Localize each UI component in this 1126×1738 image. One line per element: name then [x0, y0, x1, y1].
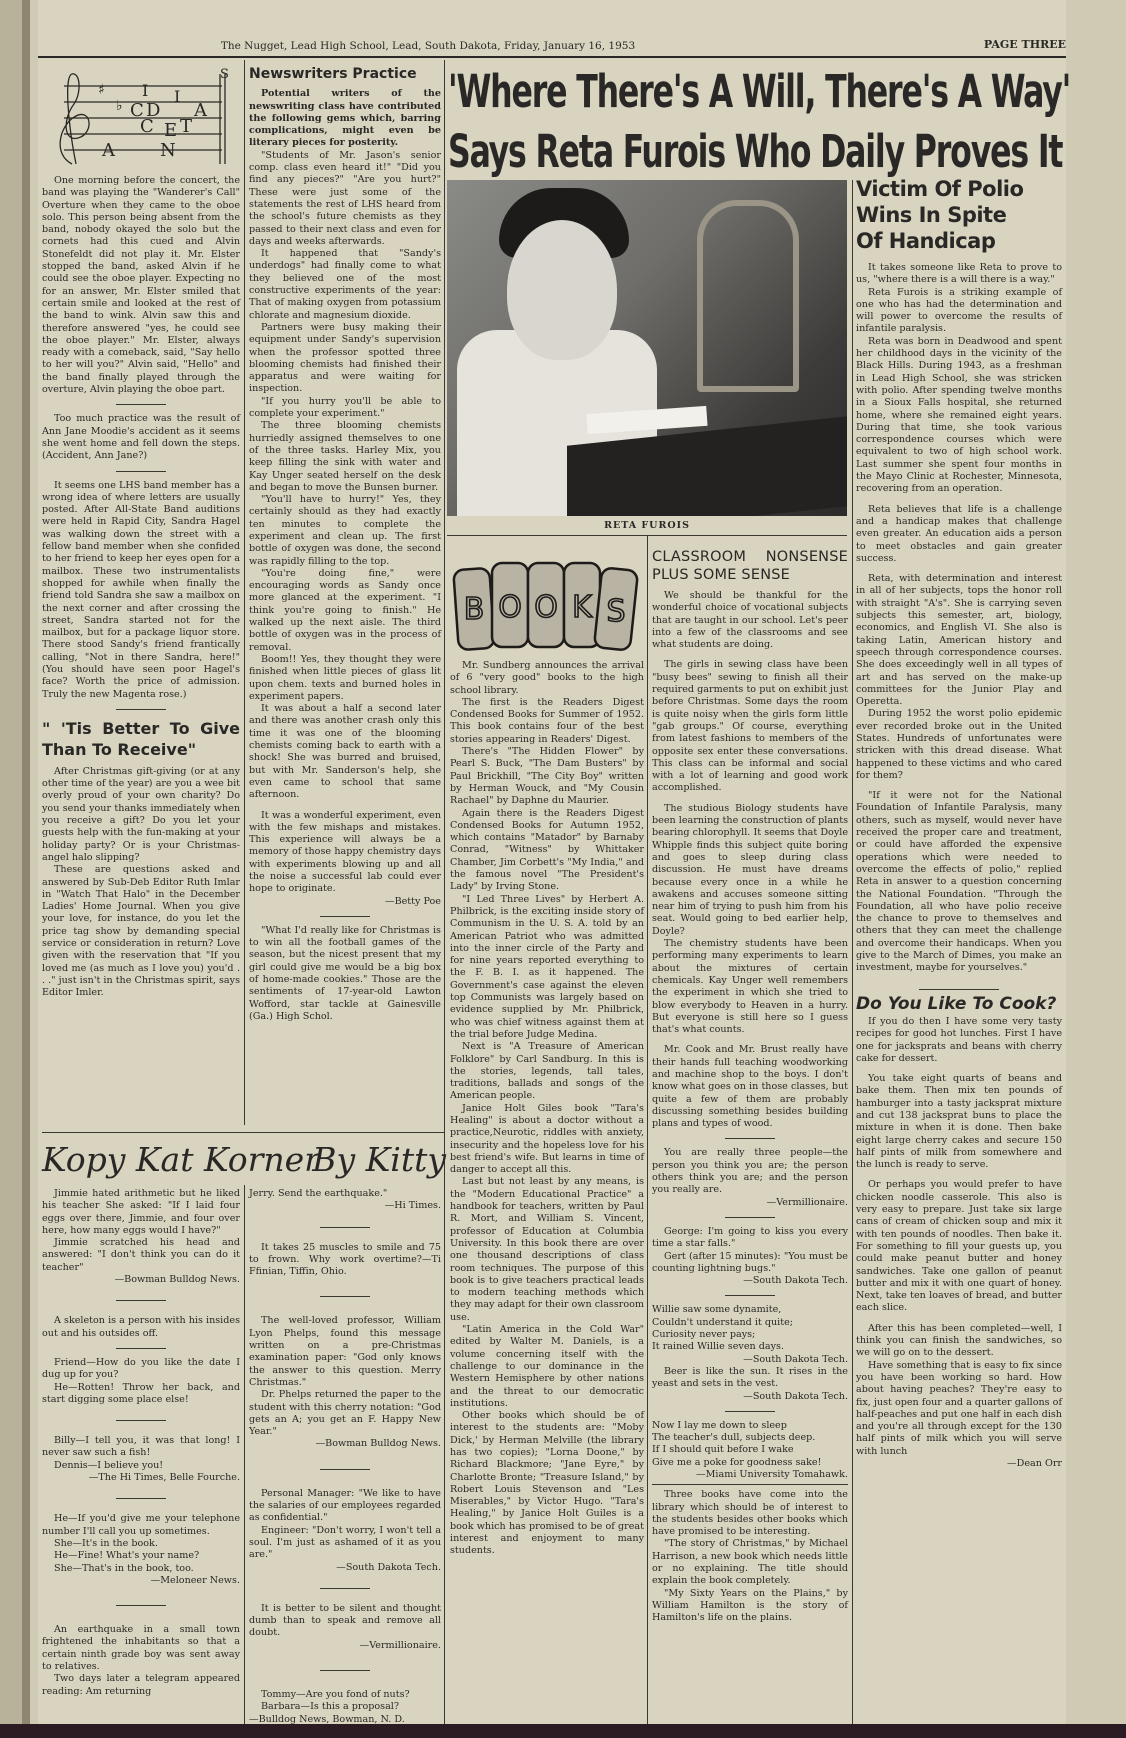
separator	[116, 1605, 166, 1606]
figure-head	[507, 220, 617, 360]
cook-paragraph: You take eight quarts of beans and bake …	[856, 1073, 1062, 1171]
kopy-kat-column-1: Jimmie hated arithmetic but he liked his…	[42, 1188, 240, 1698]
joke-line: Barbara—Is this a proposal?	[249, 1701, 441, 1713]
joke-line: Billy—I tell you, it was that long! I ne…	[42, 1435, 240, 1460]
joke-line: It takes 25 muscles to smile and 75 to f…	[249, 1242, 441, 1279]
reta-paragraph: Reta was born in Deadwood and spent her …	[856, 336, 1062, 496]
folio-line: The Nugget, Lead High School, Lead, Sout…	[38, 36, 1066, 56]
joke-line: Personal Manager: "We like to have the s…	[249, 1488, 441, 1525]
sleep-poem: Now I lay me down to sleep The teacher's…	[652, 1420, 848, 1469]
tis-better-paragraph: These are questions asked and answered b…	[42, 864, 240, 999]
joke-source: —The Hi Times, Belle Fourche.	[42, 1472, 240, 1484]
svg-text:S: S	[220, 67, 229, 82]
joke-source: —Hi Times.	[249, 1200, 441, 1212]
reta-paragraph: During 1952 the worst polio epidemic eve…	[856, 708, 1062, 782]
joke-line: He—Rotten! Throw her back, and start dig…	[42, 1382, 240, 1407]
reta-story-column: It takes someone like Reta to prove to u…	[856, 262, 1062, 1470]
svg-text:S: S	[606, 594, 625, 629]
filler-source: —South Dakota Tech.	[652, 1354, 848, 1366]
books-paragraph: Janice Holt Giles book "Tara's Healing" …	[450, 1103, 644, 1177]
filler-quote: Beer is like the sun. It rises in the ye…	[652, 1366, 848, 1391]
reta-paragraph: "If it were not for the National Foundat…	[856, 790, 1062, 974]
chair-shape	[697, 200, 799, 392]
newswriters-paragraph: It happened that "Sandy's underdogs" had…	[249, 248, 441, 322]
svg-text:T: T	[180, 116, 192, 137]
svg-text:E: E	[164, 120, 177, 141]
separator	[320, 1588, 370, 1589]
joke-line: Engineer: "Don't worry, I won't tell a s…	[249, 1525, 441, 1562]
classroom-paragraph: Mr. Cook and Mr. Brust really have their…	[652, 1044, 848, 1130]
reta-paragraph: Reta Furois is a striking example of one…	[856, 287, 1062, 336]
filler-source: —Vermillionaire.	[652, 1197, 848, 1209]
separator	[725, 1295, 775, 1296]
band-notes-paragraph: It seems one LHS band member has a wrong…	[42, 480, 240, 701]
joke-line: Jimmie scratched his head and answered: …	[42, 1237, 240, 1274]
books-paragraph: "I Led Three Lives" by Herbert A. Philbr…	[450, 894, 644, 1042]
cook-paragraph: If you do then I have some very tasty re…	[856, 1016, 1062, 1065]
separator	[116, 1300, 166, 1301]
joke-source: —Bowman Bulldog News.	[42, 1274, 240, 1286]
bottom-edge	[0, 1724, 1126, 1738]
section-rule	[652, 1484, 848, 1485]
poem-line: Give me a poke for goodness sake!	[652, 1457, 848, 1469]
separator	[725, 1217, 775, 1218]
joke-line: She—It's in the book.	[42, 1538, 240, 1550]
joke-source: —South Dakota Tech.	[249, 1562, 441, 1574]
column-rule	[244, 60, 245, 1125]
joke-line: Friend—How do you like the date I dug up…	[42, 1357, 240, 1382]
separator	[320, 1670, 370, 1671]
newswriters-signature: —Betty Poe	[249, 896, 441, 908]
binding-edge	[0, 0, 30, 1738]
banner-line-1: 'Where There's A Will, There's A Way'	[448, 62, 930, 122]
reta-paragraph: It takes someone like Reta to prove to u…	[856, 262, 1062, 287]
joke-line: An earthquake in a small town frightened…	[42, 1624, 240, 1673]
separator	[116, 709, 166, 710]
poem-line: Willie saw some dynamite,	[652, 1304, 848, 1316]
separator	[320, 1296, 370, 1297]
reta-paragraph: Reta, with determination and interest in…	[856, 573, 1062, 708]
photo-caption: RETA FUROIS	[447, 520, 847, 531]
books-paragraph: Mr. Sundberg announces the arrival of 6 …	[450, 660, 644, 697]
header-rule	[38, 56, 1066, 58]
joke-line: Jimmie hated arithmetic but he liked his…	[42, 1188, 240, 1237]
separator	[320, 916, 370, 917]
filler-quote: Gert (after 15 minutes): "You must be co…	[652, 1251, 848, 1276]
joke-line: Dr. Phelps returned the paper to the stu…	[249, 1389, 441, 1438]
joke-line: Dennis—I believe you!	[42, 1460, 240, 1472]
books-paragraph: "Latin America in the Cold War" edited b…	[450, 1324, 644, 1410]
headline-line: Wins In Spite	[856, 202, 1023, 228]
tis-better-headline: " 'Tis Better To Give Than To Receive"	[42, 718, 240, 760]
poem-line: Now I lay me down to sleep	[652, 1420, 848, 1432]
svg-text:C: C	[140, 116, 154, 137]
poem-line: If I should quit before I wake	[652, 1444, 848, 1456]
newswriters-column: Newswriters Practice Potential writers o…	[249, 66, 441, 1023]
svg-text:A: A	[101, 140, 116, 161]
books-column: Mr. Sundberg announces the arrival of 6 …	[450, 660, 644, 1558]
svg-text:B: B	[464, 592, 485, 627]
cook-paragraph: Have something that is easy to fix since…	[856, 1360, 1062, 1458]
three-books-paragraph: "The story of Christmas," by Michael Har…	[652, 1538, 848, 1587]
three-books-paragraph: Three books have come into the library w…	[652, 1489, 848, 1538]
books-paragraph: There's "The Hidden Flower" by Pearl S. …	[450, 746, 644, 807]
separator	[116, 1348, 166, 1349]
svg-text:I: I	[174, 87, 180, 106]
reta-furois-photo	[447, 180, 847, 516]
folio-header: The Nugget, Lead High School, Lead, Sout…	[38, 40, 818, 52]
newswriters-paragraph: The three blooming chemists hurriedly as…	[249, 420, 441, 494]
filler-source: —South Dakota Tech.	[652, 1275, 848, 1287]
band-notes-column: One morning before the concert, the band…	[42, 175, 240, 1000]
joke-line: A skeleton is a person with his insides …	[42, 1315, 240, 1340]
joke-source: —Meloneer News.	[42, 1575, 240, 1587]
joke-line: Two days later a telegram appeared readi…	[42, 1673, 240, 1698]
books-paragraph: Other books which should be of interest …	[450, 1410, 644, 1558]
books-paragraph: The first is the Readers Digest Condense…	[450, 697, 644, 746]
separator	[116, 1498, 166, 1499]
joke-line: The well-loved professor, William Lyon P…	[249, 1315, 441, 1389]
separator	[320, 1469, 370, 1470]
column-rule	[647, 535, 648, 1725]
column-rule	[244, 1185, 245, 1725]
kopy-kat-column-2: Jerry. Send the earthquake." —Hi Times. …	[249, 1188, 441, 1726]
svg-text:I: I	[142, 81, 148, 100]
newswriters-paragraph: Boom!! Yes, they thought they were finis…	[249, 654, 441, 703]
classroom-paragraph: The girls in sewing class have been "bus…	[652, 659, 848, 794]
reta-story-headline: Victim Of Polio Wins In Spite Of Handica…	[856, 176, 1023, 254]
newswriters-paragraph: "If you hurry you'll be able to complete…	[249, 396, 441, 421]
cook-paragraph: After this has been completed—well, I th…	[856, 1323, 1062, 1360]
joke-line: He—If you'd give me your telephone numbe…	[42, 1513, 240, 1538]
svg-text:♯: ♯	[98, 82, 105, 98]
joke-line: Jerry. Send the earthquake."	[249, 1188, 441, 1200]
filler-source: —South Dakota Tech.	[652, 1391, 848, 1403]
band-notes-paragraph: Too much practice was the result of Ann …	[42, 413, 240, 462]
svg-text:K: K	[572, 590, 593, 625]
classroom-headline: CLASSROOM NONSENSE PLUS SOME SENSE	[652, 548, 848, 584]
page-number: PAGE THREE	[984, 38, 1066, 51]
newswriters-paragraph: It was a wonderful experiment, even with…	[249, 810, 441, 896]
filler-source: —Miami University Tomahawk.	[652, 1469, 848, 1481]
separator	[116, 404, 166, 405]
svg-text:A: A	[193, 100, 208, 121]
headline-line: Of Handicap	[856, 228, 1023, 254]
joke-line: She—That's in the book, too.	[42, 1563, 240, 1575]
poem-line: The teacher's dull, subjects deep.	[652, 1432, 848, 1444]
newswriters-paragraph: "Students of Mr. Jason's senior comp. cl…	[249, 150, 441, 248]
binding-strip	[22, 0, 30, 1738]
headline-line: Victim Of Polio	[856, 176, 1023, 202]
joke-line: He—Fine! What's your name?	[42, 1550, 240, 1562]
classroom-paragraph: The chemistry students have been perform…	[652, 938, 848, 1036]
kopy-kat-title: Kopy Kat Korner	[42, 1140, 320, 1179]
column-rule	[444, 60, 445, 1725]
filler-quote: George: I'm going to kiss you every time…	[652, 1226, 848, 1251]
joke-source: —Bowman Bulldog News.	[249, 1438, 441, 1450]
svg-text:♭: ♭	[116, 98, 123, 114]
column-rule	[852, 180, 853, 1725]
classroom-paragraph: The studious Biology students have been …	[652, 803, 848, 938]
cook-signature: —Dean Orr	[856, 1458, 1062, 1470]
separator	[116, 1420, 166, 1421]
christmas-wish-item: "What I'd really like for Christmas is t…	[249, 925, 441, 1023]
books-paragraph: Next is "A Treasure of American Folklore…	[450, 1041, 644, 1102]
joke-line: Tommy—Are you fond of nuts?	[249, 1689, 441, 1701]
newswriters-intro: Potential writers of the newswriting cla…	[249, 88, 441, 149]
classroom-paragraph: We should be thankful for the wonderful …	[652, 590, 848, 651]
three-books-paragraph: "My Sixty Years on the Plains," by Willi…	[652, 1588, 848, 1625]
svg-text:O: O	[498, 590, 522, 625]
classroom-column: CLASSROOM NONSENSE PLUS SOME SENSE We sh…	[652, 548, 848, 1625]
kopy-kat-header: Kopy Kat Korner By Kitty	[42, 1140, 446, 1180]
band-notes-paragraph: One morning before the concert, the band…	[42, 175, 240, 396]
tis-better-paragraph: After Christmas gift-giving (or at any o…	[42, 766, 240, 864]
books-logo: BOOKS	[450, 555, 640, 655]
newswriters-paragraph: "You'll have to hurry!" Yes, they certai…	[249, 494, 441, 568]
filler-quote: You are really three people—the person y…	[652, 1147, 848, 1196]
books-paragraph: Again there is the Readers Digest Conden…	[450, 808, 644, 894]
separator	[725, 1138, 775, 1139]
music-staff-logo: S ♯♭ CDA CET AN II	[42, 64, 242, 172]
separator	[919, 989, 999, 990]
cook-headline: Do You Like To Cook?	[856, 998, 1062, 1010]
poem-line: It rained Willie seven days.	[652, 1341, 848, 1353]
newswriters-paragraph: "You're doing fine," were encouraging wo…	[249, 568, 441, 654]
banner-line-2: Says Reta Furois Who Daily Proves It	[448, 122, 930, 182]
books-paragraph: Last but not least by any means, is the …	[450, 1176, 644, 1324]
separator	[116, 471, 166, 472]
banner-headline: 'Where There's A Will, There's A Way' Sa…	[448, 62, 930, 182]
svg-text:O: O	[534, 590, 558, 625]
reta-paragraph: Reta believes that life is a challenge a…	[856, 504, 1062, 565]
joke-source: —Vermillionaire.	[249, 1640, 441, 1652]
poem-line: Couldn't understand it quite;	[652, 1317, 848, 1329]
newswriters-paragraph: It was about a half a second later and t…	[249, 703, 441, 801]
separator	[320, 1227, 370, 1228]
newswriters-headline: Newswriters Practice	[249, 68, 441, 80]
cook-paragraph: Or perhaps you would prefer to have chic…	[856, 1179, 1062, 1314]
section-rule	[447, 535, 847, 536]
separator	[725, 1411, 775, 1412]
svg-text:N: N	[160, 140, 176, 161]
kopy-kat-byline: By Kitty	[312, 1140, 446, 1180]
poem-line: Curiosity never pays;	[652, 1329, 848, 1341]
willie-poem: Willie saw some dynamite, Couldn't under…	[652, 1304, 848, 1353]
newswriters-paragraph: Partners were busy making their equipmen…	[249, 322, 441, 396]
section-rule	[42, 1132, 444, 1133]
joke-line: It is better to be silent and thought du…	[249, 1603, 441, 1640]
